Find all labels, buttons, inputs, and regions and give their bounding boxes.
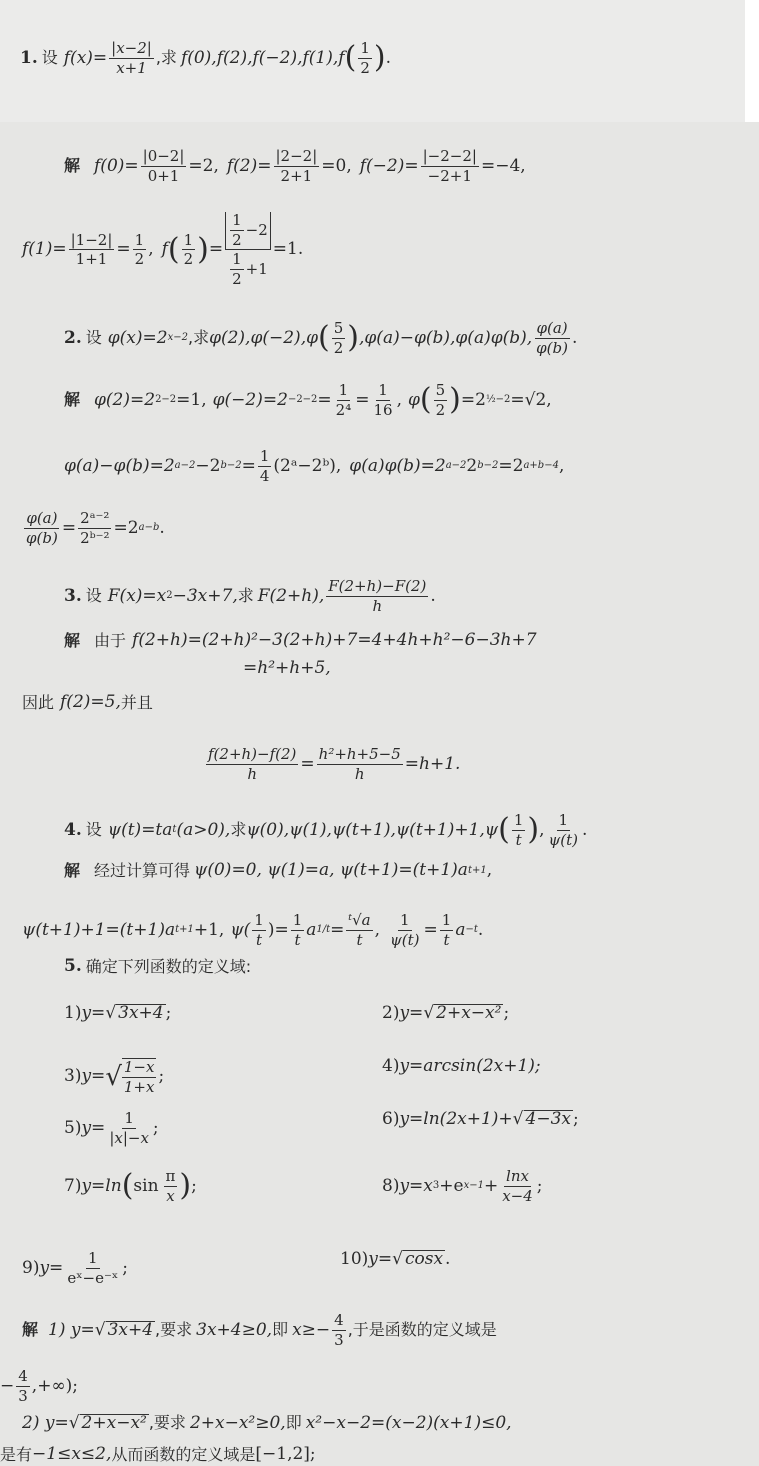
math-text: 求 (230, 822, 246, 838)
math-text: |1−2| (69, 232, 115, 251)
math-text: . (582, 822, 587, 839)
fraction: lnxx−4 (500, 1168, 535, 1204)
math-text: 0+1 (146, 167, 182, 185)
math-text: t (442, 931, 452, 949)
solution-3-line-1: 解 由于 f(2+h)=(2+h)²−3(2+h)+7=4+4h+h²−6−3h… (64, 632, 537, 649)
math-text: 4−3x (524, 1110, 573, 1128)
math-text: 2 (358, 59, 372, 77)
math-text: ,求 (156, 50, 177, 66)
q5-item-9: 9)y=1eˣ−e⁻ˣ; (22, 1250, 128, 1286)
math-text: h (353, 765, 367, 783)
math-text: , (148, 241, 153, 258)
fraction: 43 (16, 1368, 30, 1404)
math-text: 2+1 (279, 167, 315, 185)
math-text: = (424, 922, 438, 939)
math-text: ,于是函数的定义域是 (348, 1322, 497, 1338)
math-text: h (370, 597, 384, 615)
fraction: 12 (133, 232, 147, 268)
math-text: x−4 (500, 1187, 535, 1205)
math-text: (a>0), (176, 822, 230, 839)
question-5: 5. 确定下列函数的定义域: (64, 958, 251, 975)
math-text: =√2, (510, 392, 551, 409)
math-text: 解 (64, 633, 80, 649)
math-text: 7) (64, 1178, 81, 1195)
math-text: |x−2| (109, 40, 154, 59)
solution-1-line-2: f(1)=|1−2|1+1 =12, f(12)= 12−212+1 =1. (22, 212, 303, 287)
math-text: 设 (86, 822, 102, 838)
fraction: 12 (230, 212, 244, 248)
question-2: 2. 设 φ(x)=2x−2 ,求 φ(2),φ(−2),φ(52) ,φ(a)… (64, 320, 577, 356)
math-text: +1, (194, 922, 224, 939)
math-text: 因此 (22, 695, 54, 711)
math-text: 4 (16, 1368, 30, 1387)
math-text: = (300, 756, 314, 773)
math-text: x (164, 1187, 176, 1205)
math-text: = (62, 520, 76, 537)
paren: ( (168, 238, 180, 262)
math-text: f(2+h)=(2+h)²−3(2+h)+7=4+4h+h²−6−3h+7 (132, 632, 537, 649)
math-text: 2) y= (22, 1415, 69, 1432)
paren: ( (318, 326, 330, 350)
math-text: = (317, 392, 331, 409)
math-text: 1 (86, 1250, 100, 1269)
math-text: + (484, 1178, 498, 1195)
math-text: − (0, 1378, 14, 1395)
math-text: 6) (382, 1111, 399, 1128)
math-text: ψ(t)=ta (108, 822, 173, 839)
math-text: ; (503, 1005, 509, 1022)
math-text: ; (153, 1120, 159, 1137)
math-text: ψ(t+1)+1=(t+1)a (22, 922, 175, 939)
math-text: 1 (376, 382, 390, 401)
math-text: =2, (188, 158, 218, 175)
fraction: 12 (230, 251, 244, 287)
math-text: φ (408, 392, 420, 409)
math-text: a (455, 922, 465, 939)
math-text: ; (158, 1068, 164, 1085)
math-text: |0−2| (141, 148, 187, 167)
math-text: 从而函数的定义域是 (111, 1447, 255, 1463)
math-text: x≥− (292, 1322, 330, 1339)
math-text: = (330, 922, 344, 939)
math-text: 并且 (121, 695, 153, 711)
math-text: 5) (64, 1120, 81, 1137)
math-text: (2ᵃ−2ᵇ), (273, 458, 341, 475)
paren: ) (197, 238, 209, 262)
math-text: 1+1 (74, 250, 110, 268)
math-text: f(2)=5, (60, 694, 121, 711)
fraction: 1t (252, 912, 266, 948)
math-text: x²−x−2=(x−2)(x+1)≤0, (306, 1415, 512, 1432)
math-text: . (478, 922, 483, 939)
math-text: x+1 (114, 59, 149, 77)
paren: ( (420, 388, 432, 412)
math-text: ,+∞); (32, 1378, 78, 1395)
math-text: . (159, 520, 164, 537)
math-text: . (386, 50, 391, 67)
math-text: 3 (332, 1331, 346, 1349)
math-text: 9) (22, 1260, 39, 1277)
math-text: 1 (291, 912, 305, 931)
math-text: f(0)= (94, 158, 139, 175)
math-text: h²+h+5−5 (317, 746, 403, 765)
math-part: 12−2 (225, 212, 271, 250)
q5-item-3: 3)y=√1−x1+x; (64, 1058, 164, 1095)
fraction: |−2−2|−2+1 (421, 148, 479, 184)
fraction: φ(a)φ(b) (24, 510, 60, 546)
math-text: ψ( (230, 922, 250, 939)
paren: ) (374, 46, 386, 70)
math-text: ; (166, 1005, 172, 1022)
math-text: f(0),f(2),f(−2),f(1),f (181, 50, 345, 67)
math-text: 8) (382, 1178, 399, 1195)
math-text: ; (122, 1260, 128, 1277)
math-text: =1. (273, 241, 303, 258)
math-text: = (116, 241, 130, 258)
math-text: 解 (64, 863, 80, 879)
solution-2-line-3: φ(a)φ(b)= 2ᵃ⁻²2ᵇ⁻² =2a−b. (22, 510, 165, 546)
math-text: 1 (252, 912, 266, 931)
question-number: 1. (20, 50, 38, 67)
math-text: 是有 (0, 1447, 32, 1463)
math-text: y=ln(2x+1)+ (399, 1111, 512, 1128)
q5-item-2: 2)y=√2+x−x²; (382, 1004, 509, 1022)
q5-item-1: 1)y=√3x+4; (64, 1004, 171, 1022)
solution-3-line-2: =h²+h+5, (243, 660, 331, 677)
math-text: φ(−2)=2 (213, 392, 288, 409)
math-text: F(2+h), (258, 588, 324, 605)
math-text: π (164, 1168, 178, 1187)
paren: ) (347, 326, 359, 350)
math-text: 2ᵃ⁻² (78, 510, 111, 529)
math-text: 解 (64, 392, 80, 408)
math-text: =0, (321, 158, 351, 175)
math-text: , (397, 392, 402, 409)
math-text: h (245, 765, 259, 783)
math-text: ; (573, 1111, 579, 1128)
paren: ) (449, 388, 461, 412)
math-text: t (292, 931, 302, 949)
math-text: =h²+h+5, (243, 660, 331, 677)
math-text: 2 (434, 401, 448, 419)
math-text: +1 (246, 261, 268, 278)
math-text: lnx (504, 1168, 531, 1187)
math-text: 1 (230, 212, 244, 231)
fraction: 1t (440, 912, 454, 948)
fraction: 12−212+1 (225, 212, 271, 287)
math-text: φ(2)=2 (94, 392, 155, 409)
math-text: 3x+4≥0, (196, 1322, 272, 1339)
math-text: 5 (332, 320, 346, 339)
math-text: 1 (358, 40, 372, 59)
math-text: a (306, 922, 316, 939)
math-text: 2+x−x² (80, 1414, 149, 1432)
solution-4-line-2: ψ(t+1)+1=(t+1)at+1+1, ψ(1t)= 1ta1/t= ᵗ√a… (22, 912, 483, 948)
solution-3-line-4: f(2+h)−f(2)h= h²+h+5−5h=h+1. (204, 746, 460, 782)
fraction: 1t (291, 912, 305, 948)
fraction: 14 (258, 448, 272, 484)
math-text: 4. (64, 822, 82, 839)
math-text: +e (439, 1178, 463, 1195)
q5-item-10: 10)y=√cosx. (340, 1250, 450, 1268)
math-text: φ(a)−φ(b)=2 (64, 458, 175, 475)
fraction: 12 (358, 40, 372, 76)
math-text: −2 (246, 222, 268, 239)
q5-item-4: 4)y=arcsin(2x+1); (382, 1058, 541, 1075)
math-text: 2) (382, 1005, 399, 1022)
math-text: f(x)= (64, 50, 107, 67)
math-text: =2 (461, 392, 486, 409)
math-text: , (559, 458, 564, 475)
solution-5-line-2: −43,+∞); (0, 1368, 78, 1404)
math-text: 1 (182, 232, 196, 251)
fraction: |2−2|2+1 (274, 148, 320, 184)
paren: ) (527, 818, 539, 842)
q5-item-5: 5)y=1|x|−x; (64, 1110, 159, 1146)
math-text: 3) (64, 1068, 81, 1085)
math-text: , (487, 862, 492, 879)
math-text: 即 (272, 1322, 288, 1338)
q5-item-8: 8)y=x3+ex−1+ lnxx−4; (382, 1168, 543, 1204)
math-text: 4 (332, 1312, 346, 1331)
math-text: y= (399, 1005, 423, 1022)
math-text: 设 (86, 330, 102, 346)
math-text: [−1,2]; (255, 1446, 315, 1463)
solution-5-line-4: 是有−1≤x≤2, 从而函数的定义域是[−1,2]; (0, 1446, 316, 1463)
math-text: = (355, 392, 369, 409)
math-text: 设 (42, 50, 58, 66)
fraction: πx (164, 1168, 178, 1204)
math-text: f(−2)= (360, 158, 419, 175)
math-text: 1 (133, 232, 147, 251)
fraction: 52 (434, 382, 448, 418)
fraction: 1ψ(t) (547, 812, 581, 848)
paren: ) (179, 1174, 191, 1198)
q5-item-7: 7)y=ln(sinπx); (64, 1168, 197, 1204)
math-text: ψ(t) (547, 831, 581, 849)
math-text: =h+1. (405, 756, 461, 773)
math-text: . (445, 1251, 450, 1268)
fraction: 43 (332, 1312, 346, 1348)
math-text: ψ(t) (388, 931, 422, 949)
math-text: f(2)= (227, 158, 272, 175)
math-part: 12+1 (226, 250, 270, 287)
math-text: 1 (440, 912, 454, 931)
math-text: y= (368, 1251, 392, 1268)
math-text: |x|−x (107, 1129, 151, 1147)
math-text: y=arcsin(2x+1); (399, 1058, 540, 1075)
math-text: −2+1 (426, 167, 474, 185)
fraction: F(2+h)−F(2)h (326, 578, 428, 614)
math-text: ,φ(a)−φ(b),φ(a)φ(b), (359, 330, 532, 347)
math-text: = (242, 458, 256, 475)
math-text: 2 (230, 270, 244, 288)
solution-5-line-3: 2) y=√2+x−x² ,要求2+x−x²≥0, 即x²−x−2=(x−2)(… (22, 1414, 512, 1432)
solution-3-line-3: 因此 f(2)=5, 并且 (22, 694, 153, 711)
fraction: φ(a)φ(b) (534, 320, 570, 356)
math-text: 经过计算可得 (94, 863, 190, 879)
math-text: y= (81, 1005, 105, 1022)
math-text: 1) y= (48, 1322, 95, 1339)
math-text: 解 (22, 1322, 38, 1338)
fraction: 12 (182, 232, 196, 268)
math-text: 5. (64, 958, 82, 975)
fraction: |1−2|1+1 (69, 232, 115, 268)
math-text: 2. (64, 330, 82, 347)
solution-2-line-1: 解 φ(2)=22−2=1, φ(−2)=2−2−2= 12⁴= 116, φ(… (64, 382, 552, 418)
math-text: −3x+7, (173, 588, 238, 605)
math-text: 2 (230, 231, 244, 249)
paren: ( (345, 46, 357, 70)
math-text: 确定下列函数的定义域: (86, 959, 251, 975)
question-3: 3. 设 F(x)=x2−3x+7, 求 F(2+h), F(2+h)−F(2)… (64, 578, 436, 614)
math-text: . (430, 588, 435, 605)
math-text: y= (39, 1260, 63, 1277)
math-text: 1 (122, 1110, 136, 1129)
math-text: t (254, 931, 264, 949)
math-text: −2 (195, 458, 220, 475)
math-text: 2 (133, 250, 147, 268)
math-text: 3x+4 (106, 1321, 155, 1339)
math-text: y= (81, 1120, 105, 1137)
math-text: sin (133, 1178, 158, 1195)
math-text: 10) (340, 1251, 368, 1268)
math-text: 4 (258, 467, 272, 485)
fraction: 1eˣ−e⁻ˣ (65, 1250, 120, 1286)
math-text: 2 (332, 339, 346, 357)
math-text: 3 (16, 1387, 30, 1405)
math-text: ; (537, 1178, 543, 1195)
fraction: 1|x|−x (107, 1110, 151, 1146)
math-text: 1 (557, 812, 571, 831)
math-text: )= (268, 922, 289, 939)
math-text: ; (191, 1178, 197, 1195)
solution-1-line-1: 解 f(0)=|0−2|0+1=2, f(2)=|2−2|2+1=0, f(−2… (64, 148, 526, 184)
fraction: 1−x1+x (122, 1058, 157, 1095)
math-text: ,要求 (149, 1415, 186, 1431)
math-text: φ(a) (535, 320, 570, 339)
math-text: 1 (398, 912, 412, 931)
math-text: φ(2),φ(−2),φ (209, 330, 318, 347)
question-1: 1. 设 f(x)= |x−2|x+1 ,求 f(0),f(2),f(−2),f… (20, 40, 391, 76)
math-text: ᵗ√a (346, 912, 372, 931)
math-text: −1≤x≤2, (32, 1446, 111, 1463)
math-text: 2ᵇ⁻² (78, 529, 111, 547)
math-text: 5 (434, 382, 448, 401)
math-text: eˣ−e⁻ˣ (65, 1269, 120, 1287)
math-text: 16 (371, 401, 394, 419)
math-text: 1−x (122, 1059, 157, 1078)
math-text: ψ(0)=0, ψ(1)=a, ψ(t+1)=(t+1)a (194, 862, 468, 879)
math-text: 设 (86, 588, 102, 604)
math-text: y= (81, 1068, 105, 1085)
fraction: |x−2|x+1 (109, 40, 154, 76)
solution-4-line-1: 解 经过计算可得 ψ(0)=0, ψ(1)=a, ψ(t+1)=(t+1)at+… (64, 862, 492, 879)
fraction: 2ᵃ⁻²2ᵇ⁻² (78, 510, 111, 546)
fraction: f(2+h)−f(2)h (206, 746, 298, 782)
math-text: f(2+h)−f(2) (206, 746, 298, 765)
math-text: F(x)=x (108, 588, 166, 605)
math-text: =1, (176, 392, 206, 409)
fraction: |0−2|0+1 (141, 148, 187, 184)
math-text: 1 (230, 251, 244, 270)
fraction: 1ψ(t) (388, 912, 422, 948)
fraction: 116 (371, 382, 394, 418)
math-text: φ(x)=2 (108, 330, 168, 347)
math-text: 1) (64, 1005, 81, 1022)
math-text: ψ(0),ψ(1),ψ(t+1),ψ(t+1)+1,ψ (246, 822, 498, 839)
math-text: ,求 (188, 330, 209, 346)
math-text: |−2−2| (421, 148, 479, 167)
solution-label: 解 (64, 158, 80, 174)
math-text: 2 (182, 250, 196, 268)
math-text: |2−2| (274, 148, 320, 167)
solution-2-line-2: φ(a)−φ(b)=2a−2−2b−2= 14(2ᵃ−2ᵇ), φ(a)φ(b)… (64, 448, 564, 484)
q5-item-6: 6)y=ln(2x+1)+√4−3x; (382, 1110, 579, 1128)
fraction: ᵗ√at (346, 912, 372, 948)
math-text: =−4, (481, 158, 526, 175)
math-text: t (355, 931, 365, 949)
math-text: φ(b) (24, 529, 60, 547)
math-text: 1+x (122, 1078, 157, 1096)
math-text: 2 (466, 458, 477, 475)
math-text: ,要求 (155, 1322, 192, 1338)
math-text: 求 (238, 588, 254, 604)
math-text: 3. (64, 588, 82, 605)
math-text: 2+x−x² (434, 1004, 503, 1022)
math-text: =2 (498, 458, 523, 475)
fraction: 12⁴ (334, 382, 354, 418)
math-text: 1 (512, 812, 526, 831)
math-text: F(2+h)−F(2) (326, 578, 428, 597)
math-text: f(1)= (22, 241, 67, 258)
math-text: 即 (286, 1415, 302, 1431)
math-text: , (375, 922, 380, 939)
paren: ( (498, 818, 510, 842)
math-text: 1 (258, 448, 272, 467)
paren: ( (122, 1174, 134, 1198)
math-text: t (514, 831, 524, 849)
fraction: 1t (512, 812, 526, 848)
math-text: 2⁴ (334, 401, 354, 419)
math-text: 由于 (94, 633, 126, 649)
math-text: . (572, 330, 577, 347)
math-text: φ(a)φ(b)=2 (349, 458, 445, 475)
math-text: φ(b) (534, 339, 570, 357)
math-text: φ(a) (24, 510, 59, 529)
fraction: h²+h+5−5h (317, 746, 403, 782)
math-text: 2+x−x²≥0, (190, 1415, 286, 1432)
math-text: 3x+4 (116, 1004, 165, 1022)
math-text: y=ln (81, 1178, 121, 1195)
math-text: =2 (114, 520, 139, 537)
fraction: 52 (332, 320, 346, 356)
math-text: 1 (337, 382, 351, 401)
question-4: 4. 设 ψ(t)=tat(a>0), 求 ψ(0),ψ(1),ψ(t+1),ψ… (64, 812, 587, 848)
math-text: y=x (399, 1178, 432, 1195)
math-text: , (539, 822, 544, 839)
math-text: cosx (403, 1250, 445, 1268)
math-text: 4) (382, 1058, 399, 1075)
solution-5-line-1: 解 1) y=√3x+4 ,要求3x+4≥0, 即x≥− 43 ,于是函数的定义… (22, 1312, 497, 1348)
